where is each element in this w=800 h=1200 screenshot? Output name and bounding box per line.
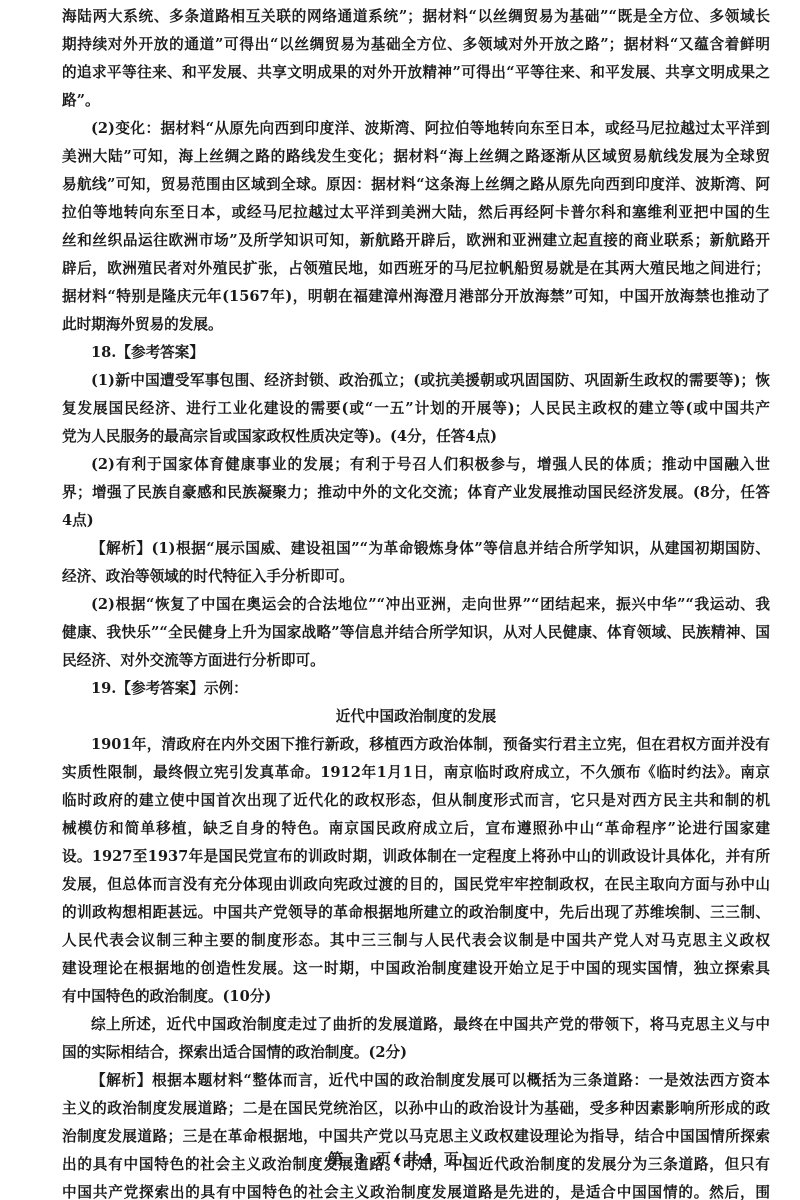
text-line: 发展，但总体而言没有充分体现由训政向宪政过渡的目的，国民党牢牢控制政权，在民主取… bbox=[62, 871, 770, 899]
paragraph-continuation-17-1: 海陆两大系统、多条道路相互关联的网络通道系统”；据材料“以丝绸贸易为基础”“既是… bbox=[62, 3, 770, 115]
text-line: 健康、我快乐”“全民健身上升为国家战略”等信息并结合所学知识，从对人民健康、体育… bbox=[62, 619, 770, 647]
analysis-18-1: 【解析】(1)根据“展示国威、建设祖国”“为革命锻炼身体”等信息并结合所学知识，… bbox=[62, 535, 770, 591]
text-line: 设。1927至1937年是国民党宣布的训政时期，训政体制在一定程度上将孙中山的训… bbox=[62, 843, 770, 871]
text-line: 实质性限制，最终假立宪引发真革命。1912年1月1日，南京临时政府成立，不久颁布… bbox=[62, 759, 770, 787]
answer-18-2: (2)有利于国家体育健康事业的发展；有利于号召人们积极参与，增强人民的体质；推动… bbox=[62, 451, 770, 535]
essay-conclusion: 综上所述，近代中国政治制度走过了曲折的发展道路，最终在中国共产党的带领下，将马克… bbox=[62, 1011, 770, 1067]
paragraph-17-2: (2)变化：据材料“从原先向西到印度洋、波斯湾、阿拉伯等地转向东至日本，或经马尼… bbox=[62, 115, 770, 339]
text-line: 主义的政治制度发展道路；二是在国民党统治区，以孙中山的政治设计为基础，受多种因素… bbox=[62, 1095, 770, 1123]
text-line: 有中国特色的政治制度。(10分) bbox=[62, 983, 770, 1011]
text-line: 丝和丝织品运往欧洲市场”及所学知识可知，新航路开辟后，欧洲和亚洲建立起直接的商业… bbox=[62, 227, 770, 255]
text-line: 拉伯等地转向东至日本，或经马尼拉越过太平洋到美洲大陆，然后再经阿卡普尔科和塞维利… bbox=[62, 199, 770, 227]
text-line: 18.【参考答案】 bbox=[62, 339, 770, 367]
text-line: 的训政构想相距甚远。中国共产党领导的革命根据地所建立的政治制度中，先后出现了苏维… bbox=[62, 899, 770, 927]
text-line: 此时期海外贸易的发展。 bbox=[62, 311, 770, 339]
analysis-19: 【解析】根据本题材料“整体而言，近代中国的政治制度发展可以概括为三条道路：一是效… bbox=[62, 1067, 770, 1200]
essay-body-1: 1901年，清政府在内外交困下推行新政，移植西方政治体制，预备实行君主立宪，但在… bbox=[62, 731, 770, 1011]
text-line: 界；增强了民族自豪感和民族凝聚力；推动中外的文化交流；体育产业发展推动国民经济发… bbox=[62, 479, 770, 507]
question-18-heading: 18.【参考答案】 bbox=[62, 339, 770, 367]
text-line: 党为人民服务的最高宗旨或国家政权性质决定等)。(4分，任答4点) bbox=[62, 423, 770, 451]
text-line: 1901年，清政府在内外交困下推行新政，移植西方政治体制，预备实行君主立宪，但在… bbox=[62, 731, 770, 759]
essay-title: 近代中国政治制度的发展 bbox=[62, 703, 770, 731]
text-line: 美洲大陆”可知，海上丝绸之路的路线发生变化；据材料“海上丝绸之路逐渐从区域贸易航… bbox=[62, 143, 770, 171]
text-line: 4点) bbox=[62, 507, 770, 535]
text-line: 19.【参考答案】示例： bbox=[62, 675, 770, 703]
text-line: 路”。 bbox=[62, 87, 770, 115]
document-page: 海陆两大系统、多条道路相互关联的网络通道系统”；据材料“以丝绸贸易为基础”“既是… bbox=[62, 3, 770, 1200]
text-line: 治制度发展道路；三是在革命根据地，中国共产党以马克思主义政权建设理论为指导，结合… bbox=[62, 1123, 770, 1151]
analysis-18-2: (2)根据“恢复了中国在奥运会的合法地位”“冲出亚洲，走向世界”“团结起来，振兴… bbox=[62, 591, 770, 675]
text-line: 据材料“特别是隆庆元年(1567年)，明朝在福建漳州海澄月港部分开放海禁”可知，… bbox=[62, 283, 770, 311]
text-line: 期持续对外开放的通道”可得出“以丝绸贸易为基础全方位、多领域对外开放之路”；据材… bbox=[62, 31, 770, 59]
text-line: 【解析】(1)根据“展示国威、建设祖国”“为革命锻炼身体”等信息并结合所学知识，… bbox=[62, 535, 770, 563]
text-line: (2)变化：据材料“从原先向西到印度洋、波斯湾、阿拉伯等地转向东至日本，或经马尼… bbox=[62, 115, 770, 143]
text-line: 经济、政治等领域的时代特征入手分析即可。 bbox=[62, 563, 770, 591]
text-line: 中国共产党探索出的具有中国特色的社会主义政治制度发展道路是先进的，是适合中国国情… bbox=[62, 1179, 770, 1200]
text-line: 国的实际相结合，探索出适合国情的政治制度。(2分) bbox=[62, 1039, 770, 1067]
text-line: (2)根据“恢复了中国在奥运会的合法地位”“冲出亚洲，走向世界”“团结起来，振兴… bbox=[62, 591, 770, 619]
text-line: 海陆两大系统、多条道路相互关联的网络通道系统”；据材料“以丝绸贸易为基础”“既是… bbox=[62, 3, 770, 31]
text-line: 的追求平等往来、和平发展、共享文明成果的对外开放精神”可得出“平等往来、和平发展… bbox=[62, 59, 770, 87]
page-number: 第 3 页(共4 页) bbox=[0, 1148, 800, 1169]
text-line: (1)新中国遭受军事包围、经济封锁、政治孤立；(或抗美援朝或巩固国防、巩固新生政… bbox=[62, 367, 770, 395]
question-19-heading: 19.【参考答案】示例： bbox=[62, 675, 770, 703]
text-line: (2)有利于国家体育健康事业的发展；有利于号召人们积极参与，增强人民的体质；推动… bbox=[62, 451, 770, 479]
answer-18-1: (1)新中国遭受军事包围、经济封锁、政治孤立；(或抗美援朝或巩固国防、巩固新生政… bbox=[62, 367, 770, 451]
text-line: 人民代表会议制三种主要的制度形态。其中三三制与人民代表会议制是中国共产党人对马克… bbox=[62, 927, 770, 955]
text-line: 建设理论在根据地的创造性发展。这一时期，中国政治制度建设开始立足于中国的现实国情… bbox=[62, 955, 770, 983]
text-line: 临时政府的建立使中国首次出现了近代化的政权形态，但从制度形式而言，它只是对西方民… bbox=[62, 787, 770, 815]
text-line: 易航线”可知，贸易范围由区域到全球。原因：据材料“这条海上丝绸之路从原先向西到印… bbox=[62, 171, 770, 199]
text-line: 复发展国民经济、进行工业化建设的需要(或“一五”计划的开展等)；人民民主政权的建… bbox=[62, 395, 770, 423]
text-line: 械模仿和简单移植，缺乏自身的特色。南京国民政府成立后，宣布遵照孙中山“革命程序”… bbox=[62, 815, 770, 843]
text-line: 近代中国政治制度的发展 bbox=[62, 703, 770, 731]
text-line: 辟后，欧洲殖民者对外殖民扩张，占领殖民地，如西班牙的马尼拉帆船贸易就是在其两大殖… bbox=[62, 255, 770, 283]
text-line: 【解析】根据本题材料“整体而言，近代中国的政治制度发展可以概括为三条道路：一是效… bbox=[62, 1067, 770, 1095]
text-line: 民经济、对外交流等方面进行分析即可。 bbox=[62, 647, 770, 675]
text-line: 综上所述，近代中国政治制度走过了曲折的发展道路，最终在中国共产党的带领下，将马克… bbox=[62, 1011, 770, 1039]
